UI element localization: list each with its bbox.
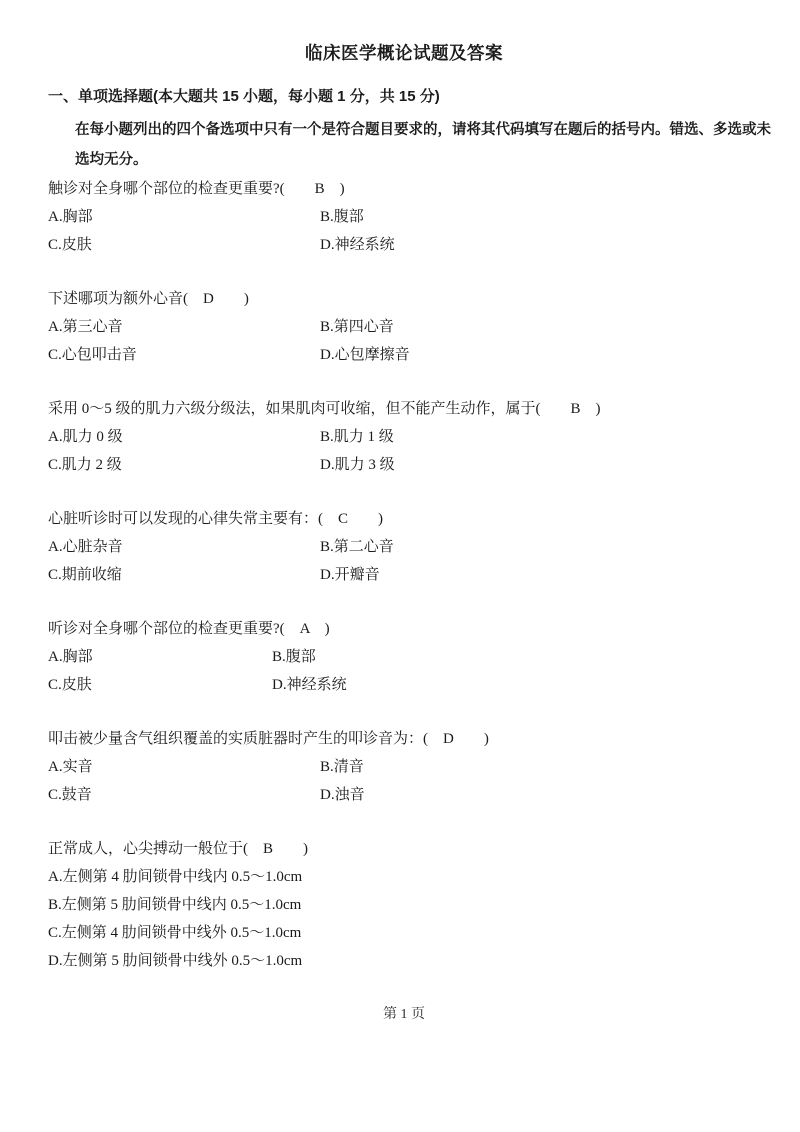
option-c: C.心包叩击音 [48, 341, 320, 369]
option-a: A.肌力 0 级 [48, 423, 320, 451]
option-b: B.第四心音 [320, 313, 410, 341]
question-4: 心脏听诊时可以发现的心律失常主要有：( C ) A.心脏杂音 B.第二心音 C.… [48, 505, 760, 589]
question-3: 采用 0～5 级的肌力六级分级法，如果肌肉可收缩，但不能产生动作，属于( B )… [48, 395, 760, 479]
option-a: A.胸部 [48, 643, 272, 671]
option-b: B.肌力 1 级 [320, 423, 395, 451]
option-d: D.心包摩擦音 [320, 341, 410, 369]
option-d: D.浊音 [320, 781, 365, 809]
page-title: 临床医学概论试题及答案 [48, 40, 760, 66]
option-a: A.左侧第 4 肋间锁骨中线内 0.5～1.0cm [48, 863, 760, 891]
question-list: 触诊对全身哪个部位的检查更重要?( B ) A.胸部 B.腹部 C.皮肤 D.神… [48, 175, 760, 975]
option-d: D.神经系统 [272, 671, 347, 699]
question-5-options: A.胸部 B.腹部 C.皮肤 D.神经系统 [48, 643, 760, 699]
page-number: 第 1 页 [48, 1001, 760, 1029]
option-b: B.第二心音 [320, 533, 394, 561]
section-heading: 一、单项选择题(本大题共 15 小题，每小题 1 分，共 15 分) [48, 87, 760, 107]
option-c: C.左侧第 4 肋间锁骨中线外 0.5～1.0cm [48, 919, 760, 947]
question-4-stem: 心脏听诊时可以发现的心律失常主要有：( C ) [48, 505, 760, 533]
question-2-options: A.第三心音 B.第四心音 C.心包叩击音 D.心包摩擦音 [48, 313, 760, 369]
option-d: D.肌力 3 级 [320, 451, 395, 479]
option-a: A.第三心音 [48, 313, 320, 341]
option-d: D.左侧第 5 肋间锁骨中线外 0.5～1.0cm [48, 947, 760, 975]
question-3-options: A.肌力 0 级 B.肌力 1 级 C.肌力 2 级 D.肌力 3 级 [48, 423, 760, 479]
option-d: D.神经系统 [320, 231, 395, 259]
question-4-options: A.心脏杂音 B.第二心音 C.期前收缩 D.开瓣音 [48, 533, 760, 589]
instructions-line-1: 在每小题列出的四个备选项中只有一个是符合题目要求的，请将其代码填写在题后的括号内… [75, 115, 760, 145]
option-b: B.清音 [320, 753, 365, 781]
question-5-stem: 听诊对全身哪个部位的检查更重要?( A ) [48, 615, 760, 643]
option-b: B.左侧第 5 肋间锁骨中线内 0.5～1.0cm [48, 891, 760, 919]
question-7-stem: 正常成人，心尖搏动一般位于( B ) [48, 835, 760, 863]
option-c: C.皮肤 [48, 671, 272, 699]
option-d: D.开瓣音 [320, 561, 394, 589]
question-2: 下述哪项为额外心音( D ) A.第三心音 B.第四心音 C.心包叩击音 D.心… [48, 285, 760, 369]
question-6-stem: 叩击被少量含气组织覆盖的实质脏器时产生的叩诊音为：( D ) [48, 725, 760, 753]
question-7-options: A.左侧第 4 肋间锁骨中线内 0.5～1.0cm B.左侧第 5 肋间锁骨中线… [48, 863, 760, 975]
option-b: B.腹部 [320, 203, 395, 231]
option-a: A.胸部 [48, 203, 320, 231]
option-a: A.心脏杂音 [48, 533, 320, 561]
question-5: 听诊对全身哪个部位的检查更重要?( A ) A.胸部 B.腹部 C.皮肤 D.神… [48, 615, 760, 699]
question-6-options: A.实音 B.清音 C.鼓音 D.浊音 [48, 753, 760, 809]
option-c: C.皮肤 [48, 231, 320, 259]
option-b: B.腹部 [272, 643, 347, 671]
question-2-stem: 下述哪项为额外心音( D ) [48, 285, 760, 313]
question-1-stem: 触诊对全身哪个部位的检查更重要?( B ) [48, 175, 760, 203]
question-6: 叩击被少量含气组织覆盖的实质脏器时产生的叩诊音为：( D ) A.实音 B.清音… [48, 725, 760, 809]
option-c: C.肌力 2 级 [48, 451, 320, 479]
question-1-options: A.胸部 B.腹部 C.皮肤 D.神经系统 [48, 203, 760, 259]
question-1: 触诊对全身哪个部位的检查更重要?( B ) A.胸部 B.腹部 C.皮肤 D.神… [48, 175, 760, 259]
option-c: C.期前收缩 [48, 561, 320, 589]
option-a: A.实音 [48, 753, 320, 781]
question-7: 正常成人，心尖搏动一般位于( B ) A.左侧第 4 肋间锁骨中线内 0.5～1… [48, 835, 760, 975]
instructions: 在每小题列出的四个备选项中只有一个是符合题目要求的，请将其代码填写在题后的括号内… [75, 115, 760, 175]
question-3-stem: 采用 0～5 级的肌力六级分级法，如果肌肉可收缩，但不能产生动作，属于( B ) [48, 395, 760, 423]
option-c: C.鼓音 [48, 781, 320, 809]
document-page: 临床医学概论试题及答案 一、单项选择题(本大题共 15 小题，每小题 1 分，共… [0, 0, 800, 1029]
instructions-line-2: 选均无分。 [75, 145, 760, 175]
